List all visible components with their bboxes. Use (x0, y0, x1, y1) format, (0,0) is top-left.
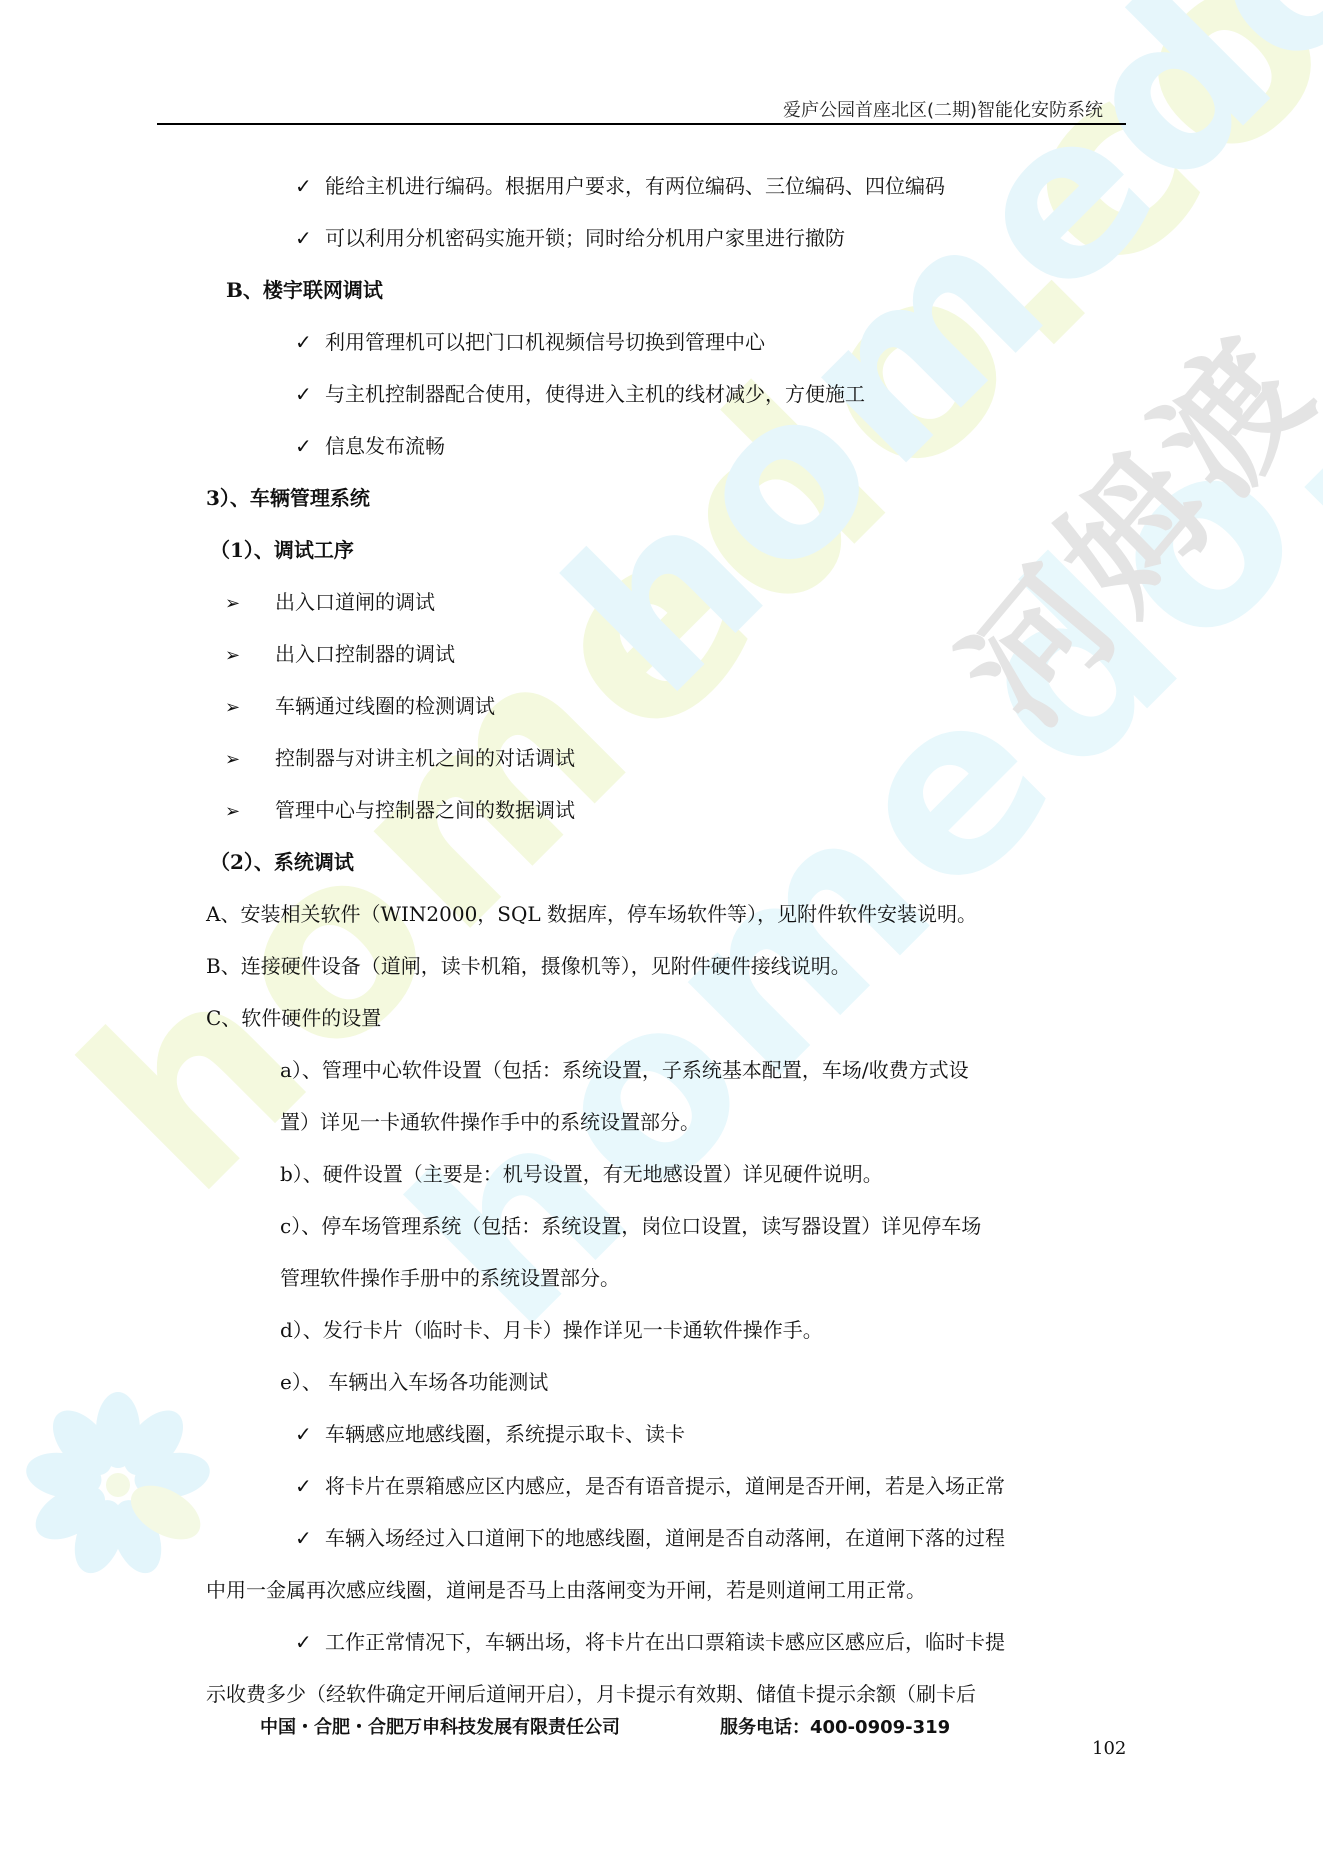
check-icon: ✓ (295, 173, 325, 199)
procedure-item: ➢出入口控制器的调试 (225, 641, 455, 669)
check-icon: ✓ (295, 1629, 325, 1655)
setting-a-line2: 置）详见一卡通软件操作手中的系统设置部分。 (280, 1109, 700, 1135)
check-item: ✓信息发布流畅 (295, 433, 445, 459)
procedure-item: ➢出入口道闸的调试 (225, 589, 435, 617)
system-step-c: C、软件硬件的设置 (206, 1005, 381, 1031)
procedure-item-text: 出入口控制器的调试 (275, 642, 455, 666)
footer-phone: 服务电话：400-0909-319 (720, 1713, 950, 1739)
subsection-title-2: （2）、系统调试 (210, 849, 354, 875)
section-title-3: 3）、车辆管理系统 (206, 485, 370, 511)
test-item-continuation: 示收费多少（经软件确定开闸后道闸开启），月卡提示有效期、储值卡提示余额（刷卡后 (206, 1681, 976, 1707)
setting-d: d）、发行卡片（临时卡、月卡）操作详见一卡通软件操作手。 (280, 1317, 823, 1343)
setting-c-line2: 管理软件操作手册中的系统设置部分。 (280, 1265, 620, 1291)
check-icon: ✓ (295, 225, 325, 251)
arrow-bullet-icon: ➢ (225, 695, 275, 721)
test-item-text: 车辆感应地感线圈，系统提示取卡、读卡 (325, 1422, 685, 1446)
setting-c-line1: c）、停车场管理系统（包括：系统设置，岗位口设置，读写器设置）详见停车场 (280, 1213, 981, 1239)
test-item-text: 将卡片在票箱感应区内感应，是否有语音提示，道闸是否开闸，若是入场正常 (325, 1474, 1005, 1498)
arrow-bullet-icon: ➢ (225, 591, 275, 617)
test-item: ✓将卡片在票箱感应区内感应，是否有语音提示，道闸是否开闸，若是入场正常 (295, 1473, 1005, 1499)
footer-company: 中国・合肥・合肥万申科技发展有限责任公司 (260, 1713, 620, 1739)
setting-a-line1: a）、管理中心软件设置（包括：系统设置，子系统基本配置，车场/收费方式设 (280, 1057, 969, 1083)
procedure-item-text: 车辆通过线圈的检测调试 (275, 694, 495, 718)
arrow-bullet-icon: ➢ (225, 799, 275, 825)
setting-e: e）、 车辆出入车场各功能测试 (280, 1369, 548, 1395)
check-item: ✓利用管理机可以把门口机视频信号切换到管理中心 (295, 329, 765, 355)
system-step-a: A、安装相关软件（WIN2000，SQL 数据库，停车场软件等），见附件软件安装… (206, 901, 977, 927)
header-title: 爱庐公园首座北区(二期)智能化安防系统 (783, 96, 1103, 122)
check-icon: ✓ (295, 329, 325, 355)
subsection-title-1: （1）、调试工序 (210, 537, 354, 563)
test-item: ✓车辆入场经过入口道闸下的地感线圈，道闸是否自动落闸，在道闸下落的过程 (295, 1525, 1005, 1551)
test-item-text: 车辆入场经过入口道闸下的地感线圈，道闸是否自动落闸，在道闸下落的过程 (325, 1526, 1005, 1550)
section-title-b: B、楼宇联网调试 (226, 277, 383, 303)
test-item: ✓工作正常情况下，车辆出场，将卡片在出口票箱读卡感应区感应后，临时卡提 (295, 1629, 1005, 1655)
test-item-text: 工作正常情况下，车辆出场，将卡片在出口票箱读卡感应区感应后，临时卡提 (325, 1630, 1005, 1654)
header-divider (157, 123, 1126, 125)
check-icon: ✓ (295, 433, 325, 459)
check-item-text: 利用管理机可以把门口机视频信号切换到管理中心 (325, 330, 765, 354)
arrow-bullet-icon: ➢ (225, 643, 275, 669)
test-item: ✓车辆感应地感线圈，系统提示取卡、读卡 (295, 1421, 685, 1447)
check-icon: ✓ (295, 1421, 325, 1447)
check-item-text: 与主机控制器配合使用，使得进入主机的线材减少，方便施工 (325, 382, 865, 406)
check-icon: ✓ (295, 1473, 325, 1499)
check-icon: ✓ (295, 1525, 325, 1551)
check-item: ✓与主机控制器配合使用，使得进入主机的线材减少，方便施工 (295, 381, 865, 407)
procedure-item: ➢车辆通过线圈的检测调试 (225, 693, 495, 721)
procedure-item-text: 管理中心与控制器之间的数据调试 (275, 798, 575, 822)
check-item-text: 能给主机进行编码。根据用户要求，有两位编码、三位编码、四位编码 (325, 174, 945, 198)
test-item-continuation: 中用一金属再次感应线圈，道闸是否马上由落闸变为开闸，若是则道闸工用正常。 (206, 1577, 926, 1603)
check-item: ✓可以利用分机密码实施开锁；同时给分机用户家里进行撤防 (295, 225, 845, 251)
arrow-bullet-icon: ➢ (225, 747, 275, 773)
procedure-item-text: 出入口道闸的调试 (275, 590, 435, 614)
setting-b: b）、硬件设置（主要是：机号设置，有无地感设置）详见硬件说明。 (280, 1161, 883, 1187)
document-page: 爱庐公园首座北区(二期)智能化安防系统 ✓能给主机进行编码。根据用户要求，有两位… (0, 0, 1323, 1871)
procedure-item: ➢管理中心与控制器之间的数据调试 (225, 797, 575, 825)
check-item-text: 可以利用分机密码实施开锁；同时给分机用户家里进行撤防 (325, 226, 845, 250)
page-number: 102 (1092, 1738, 1126, 1759)
system-step-b: B、连接硬件设备（道闸，读卡机箱，摄像机等），见附件硬件接线说明。 (206, 953, 851, 979)
procedure-item: ➢控制器与对讲主机之间的对话调试 (225, 745, 575, 773)
check-item: ✓能给主机进行编码。根据用户要求，有两位编码、三位编码、四位编码 (295, 173, 945, 199)
procedure-item-text: 控制器与对讲主机之间的对话调试 (275, 746, 575, 770)
check-item-text: 信息发布流畅 (325, 434, 445, 458)
check-icon: ✓ (295, 381, 325, 407)
